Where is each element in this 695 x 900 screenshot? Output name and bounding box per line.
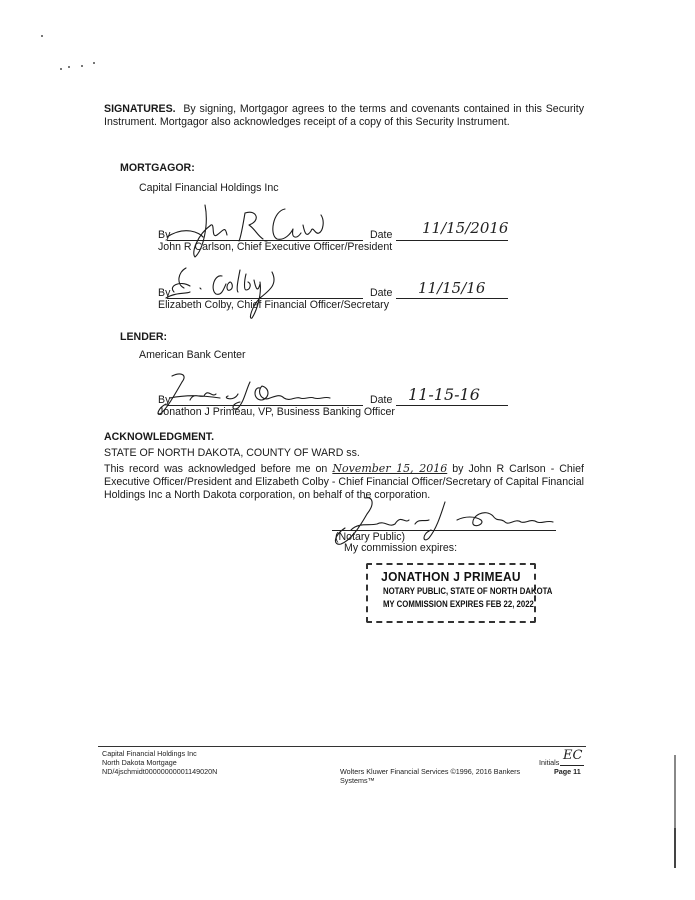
initials-label: Initials [539, 758, 559, 767]
footer-left-line-2: North Dakota Mortgage [102, 758, 177, 767]
scan-speck [41, 35, 43, 37]
initials-line [560, 765, 584, 766]
notary-stamp: JONATHON J PRIMEAU NOTARY PUBLIC, STATE … [366, 563, 536, 623]
footer-left-line-1: Capital Financial Holdings Inc [102, 749, 197, 758]
page-number: Page 11 [554, 767, 581, 776]
scan-speck [81, 65, 83, 67]
commission-expires-label: My commission expires: [344, 542, 457, 555]
footer-center-line-2: Systems™ [340, 776, 375, 785]
initials-value: EC [563, 748, 582, 763]
scan-edge-line [674, 828, 676, 868]
stamp-line-1: NOTARY PUBLIC, STATE OF NORTH DAKOTA [383, 586, 519, 597]
footer-center-line-1: Wolters Kluwer Financial Services ©1996,… [340, 767, 520, 776]
signatures-text: By signing, Mortgagor agrees to the term… [104, 103, 584, 128]
handwritten-date: 11-15-16 [408, 385, 480, 404]
signer-printed-name: Jonathon J Primeau, VP, Business Banking… [158, 406, 395, 419]
lender-heading: LENDER: [120, 331, 167, 344]
footer-left-line-3: ND/4jschmidt00000000001149020N [102, 767, 217, 776]
ack-text-before: This record was acknowledged before me o… [104, 463, 327, 475]
signer-printed-name: Elizabeth Colby, Chief Financial Officer… [158, 299, 389, 312]
ack-handwritten-date: November 15, 2016 [332, 462, 447, 475]
date-line [396, 298, 508, 299]
signatures-paragraph: SIGNATURES. By signing, Mortgagor agrees… [104, 103, 584, 129]
scan-speck [93, 62, 95, 64]
mortgagor-heading: MORTGAGOR: [120, 162, 195, 175]
stamp-line-2: MY COMMISSION EXPIRES FEB 22, 2022 [383, 599, 519, 610]
handwritten-date: 11/15/16 [418, 279, 485, 297]
scan-speck [60, 68, 62, 70]
signer-printed-name: John R Carlson, Chief Executive Officer/… [158, 241, 392, 254]
date-line [396, 405, 508, 406]
stamp-name: JONATHON J PRIMEAU [375, 569, 528, 584]
signature-elizabeth-colby [160, 262, 310, 324]
signatures-heading: SIGNATURES. [104, 103, 176, 115]
mortgagor-entity: Capital Financial Holdings Inc [139, 182, 279, 195]
footer-rule [98, 746, 586, 747]
scan-speck [68, 66, 70, 68]
date-line [396, 240, 508, 241]
handwritten-date: 11/15/2016 [422, 219, 508, 237]
acknowledgment-heading: ACKNOWLEDGMENT. [104, 431, 214, 444]
lender-entity: American Bank Center [139, 349, 246, 362]
acknowledgment-venue: STATE OF NORTH DAKOTA, COUNTY OF WARD ss… [104, 447, 360, 460]
